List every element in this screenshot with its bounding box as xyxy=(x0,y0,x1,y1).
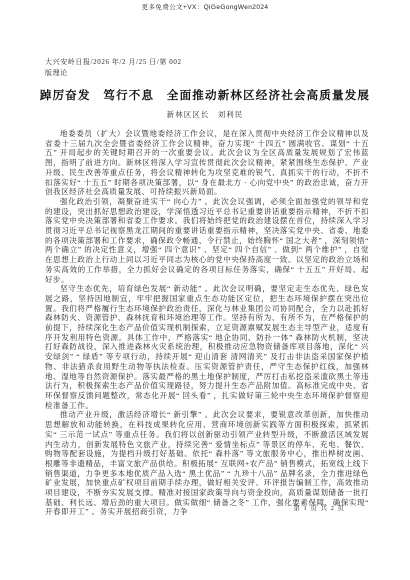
source-line-2: 版理论 xyxy=(45,68,182,79)
document-page: 更多免费公文+VX：QiGeGongWen2024 大兴安岭日报/2026 年/… xyxy=(0,0,410,580)
article-byline: 新林区区长 刘利民 xyxy=(0,109,410,120)
paragraph-2: 强化政治引领，凝聚奋进实干“ 向心力” 。此次会议强调，必须全面加强党的领导和党… xyxy=(45,197,369,284)
page-number: 第 1 页 共 2 页 xyxy=(293,503,345,512)
promo-watermark: 更多免费公文+VX：QiGeGongWen2024 xyxy=(0,2,410,11)
source-meta: 大兴安岭日报/2026 年/2 月/25 日/第 002 版理论 xyxy=(45,57,182,78)
source-line-1: 大兴安岭日报/2026 年/2 月/25 日/第 002 xyxy=(45,57,182,68)
paragraph-4: 推动产业升级，激活经济增长“ 新引擎” 。此次会议要求，要锐意改革创新，加快推动… xyxy=(45,410,369,517)
paragraph-1: 地委委员（扩大）会议暨地委经济工作会议，是在深入贯彻中央经济工作会议精神以及省委… xyxy=(45,129,369,197)
paragraph-3: 坚守生态优先，培育绿色发展“ 新动能” 。此次会议明确，要坚定走生态优先、绿色发… xyxy=(45,284,369,410)
article-title: 踔厉奋发 笃行不息 全面推动新林区经济社会高质量发展 xyxy=(0,87,410,103)
article-body: 地委委员（扩大）会议暨地委经济工作会议，是在深入贯彻中央经济工作会议精神以及省委… xyxy=(45,129,369,517)
